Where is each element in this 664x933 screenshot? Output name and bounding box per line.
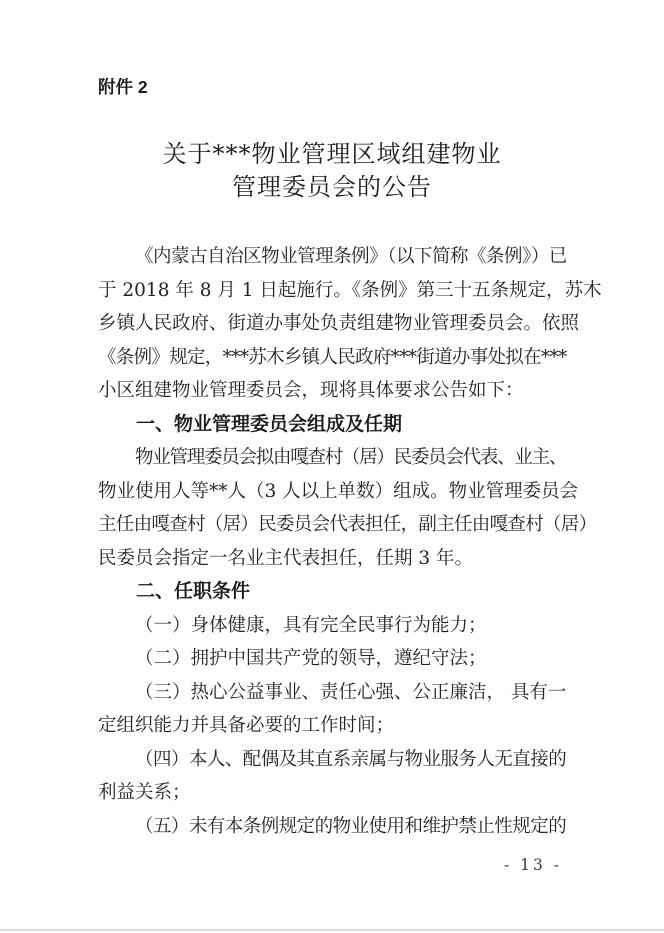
section-2-heading: 二、任职条件 <box>98 575 566 609</box>
body-line: 《条例》规定，***苏木乡镇人民政府***街道办事处拟在*** <box>98 341 566 375</box>
body-line: 乡镇人民政府、街道办事处负责组建物业管理委员会。依照 <box>98 307 566 341</box>
section-1-heading: 一、物业管理委员会组成及任期 <box>98 408 566 442</box>
document-title-line-1: 关于***物业管理区域组建物业 <box>98 138 566 171</box>
body-line: 利益关系； <box>98 776 566 810</box>
body-line: 于 2018 年 8 月 1 日起施行。《条例》第三十五条规定，苏木 <box>98 274 566 308</box>
body-line: （四）本人、配偶及其直系亲属与物业服务人无直接的 <box>98 743 566 777</box>
document-body: 《内蒙古自治区物业管理条例》（以下简称《条例》）已 于 2018 年 8 月 1… <box>98 240 566 843</box>
body-line: （二）拥护中国共产党的领导，遵纪守法； <box>98 642 566 676</box>
document-title: 关于***物业管理区域组建物业 管理委员会的公告 <box>98 138 566 203</box>
body-line: 定组织能力并具备必要的工作时间； <box>98 709 566 743</box>
attachment-label: 附件 2 <box>98 74 148 99</box>
document-page: 附件 2 关于***物业管理区域组建物业 管理委员会的公告 《内蒙古自治区物业管… <box>0 0 664 933</box>
page-number: - 13 - <box>504 856 562 874</box>
body-line: 物业管理委员会拟由嘎查村（居）民委员会代表、业主、 <box>98 441 566 475</box>
body-line: （五）未有本条例规定的物业使用和维护禁止性规定的 <box>98 810 566 844</box>
body-line: （三）热心公益事业、责任心强、公正廉洁， 具有一 <box>98 676 566 710</box>
document-title-line-2: 管理委员会的公告 <box>98 171 566 204</box>
body-line: 小区组建物业管理委员会，现将具体要求公告如下： <box>98 374 566 408</box>
scan-edge-line <box>0 929 664 931</box>
body-line: （一）身体健康，具有完全民事行为能力； <box>98 609 566 643</box>
body-line: 民委员会指定一名业主代表担任，任期 3 年。 <box>98 542 566 576</box>
body-line: 主任由嘎查村（居）民委员会代表担任，副主任由嘎查村（居） <box>98 508 566 542</box>
body-line: 物业使用人等**人（3 人以上单数）组成。物业管理委员会 <box>98 475 566 509</box>
body-line: 《内蒙古自治区物业管理条例》（以下简称《条例》）已 <box>98 240 566 274</box>
